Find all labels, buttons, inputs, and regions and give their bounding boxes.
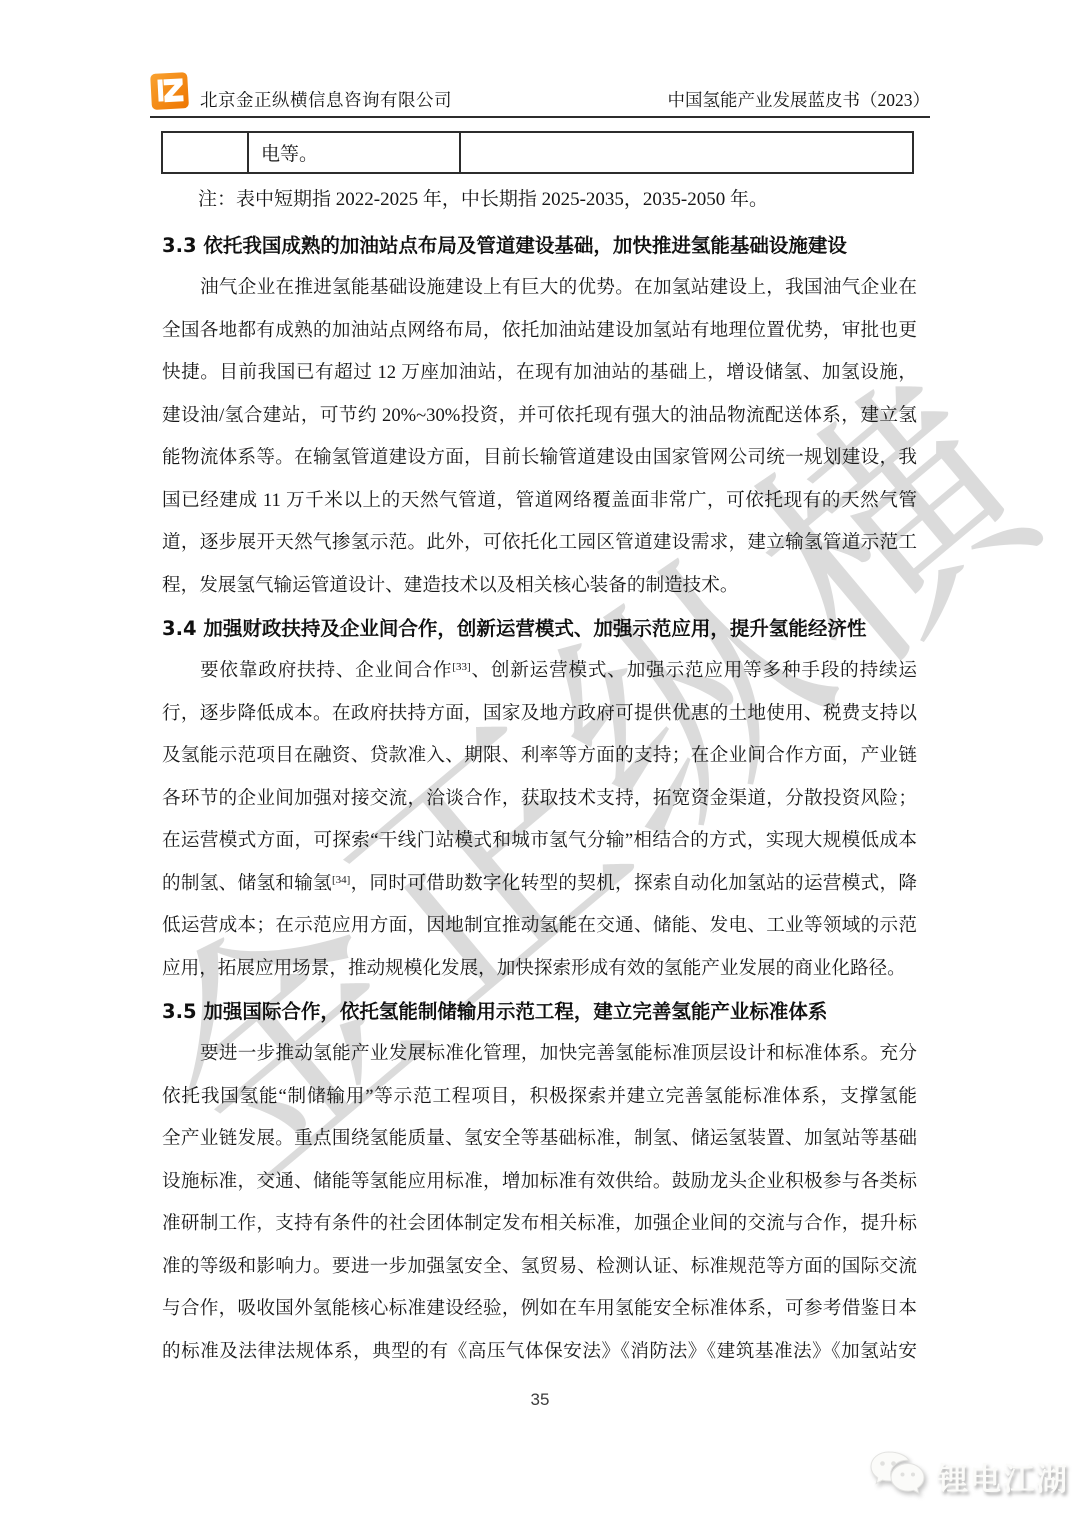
body-content: 3.3 依托我国成熟的加油站点布局及管道建设基础，加快推进氢能基础设施建设油气企… bbox=[162, 224, 917, 1373]
text-line: 要进一步推动氢能产业发展标准化管理，加快完善氢能标准顶层设计和标准体系。充分 bbox=[162, 1033, 917, 1076]
paragraph: 油气企业在推进氢能基础设施建设上有巨大的优势。在加氢站建设上，我国油气企业在全国… bbox=[162, 267, 917, 607]
text-line: 依托我国氢能“制储输用”等示范工程项目，积极探索并建立完善氢能标准体系，支撑氢能 bbox=[162, 1076, 917, 1119]
header-left: 北京金正纵横信息咨询有限公司 bbox=[150, 70, 452, 111]
table-cell-empty-2 bbox=[461, 133, 912, 172]
text-line: 准的等级和影响力。要进一步加强氢安全、氢贸易、检测认证、标准规范等方面的国际交流 bbox=[162, 1246, 917, 1289]
text-line: 快捷。目前我国已有超过 12 万座加油站，在现有加油站的基础上，增设储氢、加氢设… bbox=[162, 352, 917, 395]
text-line: 全国各地都有成熟的加油站点网络布局，依托加油站建设加氢站有地理位置优势，审批也更 bbox=[162, 310, 917, 353]
text-line: 国已经建成 11 万千米以上的天然气管道，管道网络覆盖面非常广，可依托现有的天然… bbox=[162, 480, 917, 523]
book-title: 中国氢能产业发展蓝皮书（2023） bbox=[668, 92, 931, 112]
document-page: 金正纵横 北京金正纵横信息咨询有限公司 中国氢能产业发展蓝皮 bbox=[0, 0, 1080, 1527]
text-line: 建设油/氢合建站，可节约 20%~30%投资，并可依托现有强大的油品物流配送体系… bbox=[162, 395, 917, 438]
table-fragment: 电等。 bbox=[161, 131, 914, 174]
text-line: 设施标准，交通、储能等氢能应用标准，增加标准有效供给。鼓励龙头企业积极参与各类标 bbox=[162, 1161, 917, 1204]
text-line: 应用，拓展应用场景，推动规模化发展，加快探索形成有效的氢能产业发展的商业化路径。 bbox=[162, 948, 917, 991]
text-line: 全产业链发展。重点围绕氢能质量、氢安全等基础标准，制氢、储运氢装置、加氢站等基础 bbox=[162, 1118, 917, 1161]
page-header: 北京金正纵横信息咨询有限公司 中国氢能产业发展蓝皮书（2023） bbox=[150, 68, 930, 118]
text-line: 的标准及法律法规体系，典型的有《高压气体保安法》《消防法》《建筑基准法》《加氢站… bbox=[162, 1331, 917, 1374]
text-line: 及氢能示范项目在融资、贷款准入、期限、利率等方面的支持；在企业间合作方面，产业链 bbox=[162, 735, 917, 778]
text-line: 要依靠政府扶持、企业间合作[33]、创新运营模式、加强示范应用等多种手段的持续运 bbox=[162, 650, 917, 693]
table-cell-empty-1 bbox=[163, 133, 249, 172]
footnote-reference: [33] bbox=[452, 661, 470, 673]
section-heading: 3.5 加强国际合作，依托氢能制储输用示范工程，建立完善氢能产业标准体系 bbox=[162, 990, 917, 1033]
text-line: 的制氢、储氢和输氢[34]，同时可借助数字化转型的契机，探索自动化加氢站的运营模… bbox=[162, 863, 917, 906]
text-line: 行，逐步降低成本。在政府扶持方面，国家及地方政府可提供优惠的土地使用、税费支持以 bbox=[162, 693, 917, 736]
paragraph: 要依靠政府扶持、企业间合作[33]、创新运营模式、加强示范应用等多种手段的持续运… bbox=[162, 650, 917, 990]
company-logo-icon bbox=[150, 70, 191, 111]
paragraph: 要进一步推动氢能产业发展标准化管理，加快完善氢能标准顶层设计和标准体系。充分依托… bbox=[162, 1033, 917, 1373]
corner-watermark-text: 锂电江湖 bbox=[937, 1454, 1069, 1499]
table-cell-text: 电等。 bbox=[249, 133, 461, 172]
wechat-chat-bubbles-icon bbox=[868, 1449, 928, 1504]
text-line: 程，发展氢气输运管道设计、建造技术以及相关核心装备的制造技术。 bbox=[162, 565, 917, 608]
text-line: 能物流体系等。在输氢管道建设方面，目前长输管道建设由国家管网公司统一规划建设，我 bbox=[162, 437, 917, 480]
text-line: 低运营成本；在示范应用方面，因地制宜推动氢能在交通、储能、发电、工业等领域的示范 bbox=[162, 905, 917, 948]
text-line: 油气企业在推进氢能基础设施建设上有巨大的优势。在加氢站建设上，我国油气企业在 bbox=[162, 267, 917, 310]
page-number: 35 bbox=[0, 1390, 1080, 1410]
text-line: 各环节的企业间加强对接交流，洽谈合作，获取技术支持，拓宽资金渠道，分散投资风险； bbox=[162, 778, 917, 821]
text-line: 与合作，吸收国外氢能核心标准建设经验，例如在车用氢能安全标准体系，可参考借鉴日本 bbox=[162, 1288, 917, 1331]
footnote-reference: [34] bbox=[332, 874, 350, 886]
section-heading: 3.3 依托我国成熟的加油站点布局及管道建设基础，加快推进氢能基础设施建设 bbox=[162, 224, 917, 267]
section-heading: 3.4 加强财政扶持及企业间合作，创新运营模式、加强示范应用，提升氢能经济性 bbox=[162, 607, 917, 650]
text-line: 道，逐步展开天然气掺氢示范。此外，可依托化工园区管道建设需求，建立输氢管道示范工 bbox=[162, 522, 917, 565]
table-note: 注：表中短期指 2022-2025 年，中长期指 2025-2035，2035-… bbox=[162, 185, 922, 215]
company-name: 北京金正纵横信息咨询有限公司 bbox=[200, 92, 452, 112]
text-line: 在运营模式方面，可探索“干线门站模式和城市氢气分输”相结合的方式，实现大规模低成… bbox=[162, 820, 917, 863]
corner-watermark: 锂电江湖 bbox=[868, 1449, 1069, 1504]
text-line: 准研制工作，支持有条件的社会团体制定发布相关标准，加强企业间的交流与合作，提升标 bbox=[162, 1203, 917, 1246]
